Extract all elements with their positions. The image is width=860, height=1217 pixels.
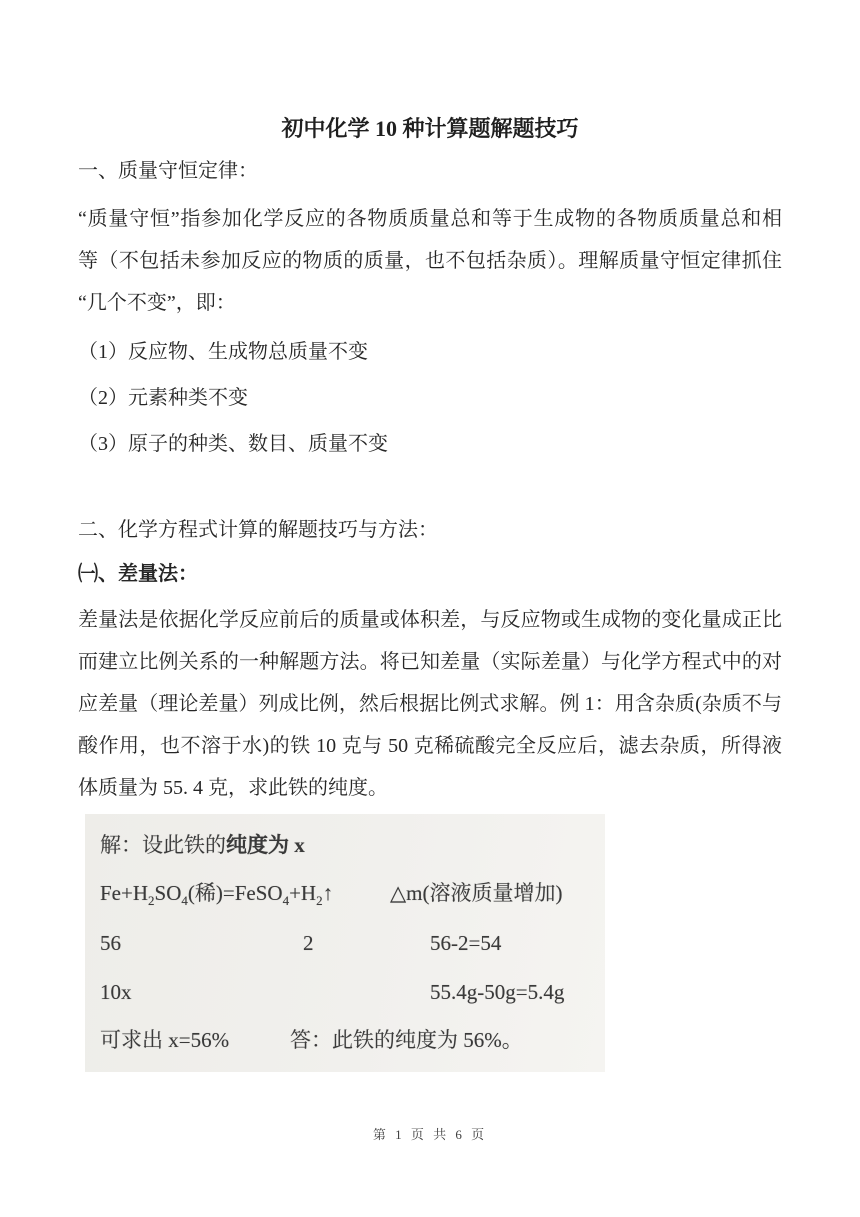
body-line-1: 差量法是依据化学反应前后的质量或体积差，与反应物或生成物的变化量成正比 <box>78 599 782 641</box>
intro-line-1: “质量守恒”指参加化学反应的各物质质量总和等于生成物的各物质质量总和相 <box>78 198 782 240</box>
solution-prefix: 解：设此铁的 <box>100 833 226 857</box>
equation-segment: SO <box>155 881 182 905</box>
molar-mass-product: 2 <box>303 928 314 958</box>
solution-setup-line: 解：设此铁的纯度为 x <box>100 830 305 860</box>
list-item-1: （1）反应物、生成物总质量不变 <box>78 329 782 375</box>
gas-arrow-icon: ↑ <box>323 881 334 905</box>
worked-example-image: 解：设此铁的纯度为 x Fe+H2SO4(稀)=FeSO4+H2↑ △m(溶液质… <box>85 814 605 1072</box>
molar-mass-diff: 56-2=54 <box>430 928 501 958</box>
equation-segment: (稀)=FeSO <box>188 881 283 905</box>
body-line-5: 体质量为 55. 4 克，求此铁的纯度。 <box>78 767 782 809</box>
list-item-2: （2）元素种类不变 <box>78 375 782 421</box>
answer-text: 答：此铁的纯度为 56%。 <box>290 1025 523 1055</box>
document-page: 初中化学 10 种计算题解题技巧 一、质量守恒定律： “质量守恒”指参加化学反应… <box>0 0 860 1146</box>
intro-line-3: “几个不变”，即： <box>78 282 782 324</box>
intro-line-2: 等（不包括未参加反应的物质的质量，也不包括杂质）。理解质量守恒定律抓住 <box>78 240 782 282</box>
chemical-equation: Fe+H2SO4(稀)=FeSO4+H2↑ <box>100 878 333 908</box>
body-line-4: 酸作用，也不溶于水)的铁 10 克与 50 克稀硫酸完全反应后，滤去杂质，所得液 <box>78 725 782 767</box>
method-subheading: ㈠、差量法： <box>78 553 782 595</box>
section1-heading: 一、质量守恒定律： <box>78 150 782 192</box>
conclusion-text: 可求出 x=56% <box>100 1025 229 1055</box>
body-line-3: 应差量（理论差量）列成比例，然后根据比例式求解。例 1：用含杂质(杂质不与 <box>78 683 782 725</box>
invariants-list: （1）反应物、生成物总质量不变 （2）元素种类不变 （3）原子的种类、数目、质量… <box>78 329 782 467</box>
section2-body: 差量法是依据化学反应前后的质量或体积差，与反应物或生成物的变化量成正比 而建立比… <box>78 599 782 809</box>
page-number-indicator: 第 1 页 共 6 页 <box>78 1124 782 1146</box>
solution-unknown: 纯度为 x <box>226 833 305 857</box>
molar-mass-reactant: 56 <box>100 928 121 958</box>
delta-m-label: △m(溶液质量增加) <box>390 878 562 908</box>
equation-segment: +H <box>289 881 316 905</box>
section2-heading: 二、化学方程式计算的解题技巧与方法： <box>78 509 782 551</box>
page-title: 初中化学 10 种计算题解题技巧 <box>78 108 782 150</box>
actual-mass-diff: 55.4g-50g=5.4g <box>430 977 564 1007</box>
section1-intro: “质量守恒”指参加化学反应的各物质质量总和等于生成物的各物质质量总和相 等（不包… <box>78 198 782 324</box>
list-item-3: （3）原子的种类、数目、质量不变 <box>78 421 782 467</box>
actual-mass-reactant: 10x <box>100 977 132 1007</box>
body-line-2: 而建立比例关系的一种解题方法。将已知差量（实际差量）与化学方程式中的对 <box>78 641 782 683</box>
equation-segment: Fe+H <box>100 881 148 905</box>
